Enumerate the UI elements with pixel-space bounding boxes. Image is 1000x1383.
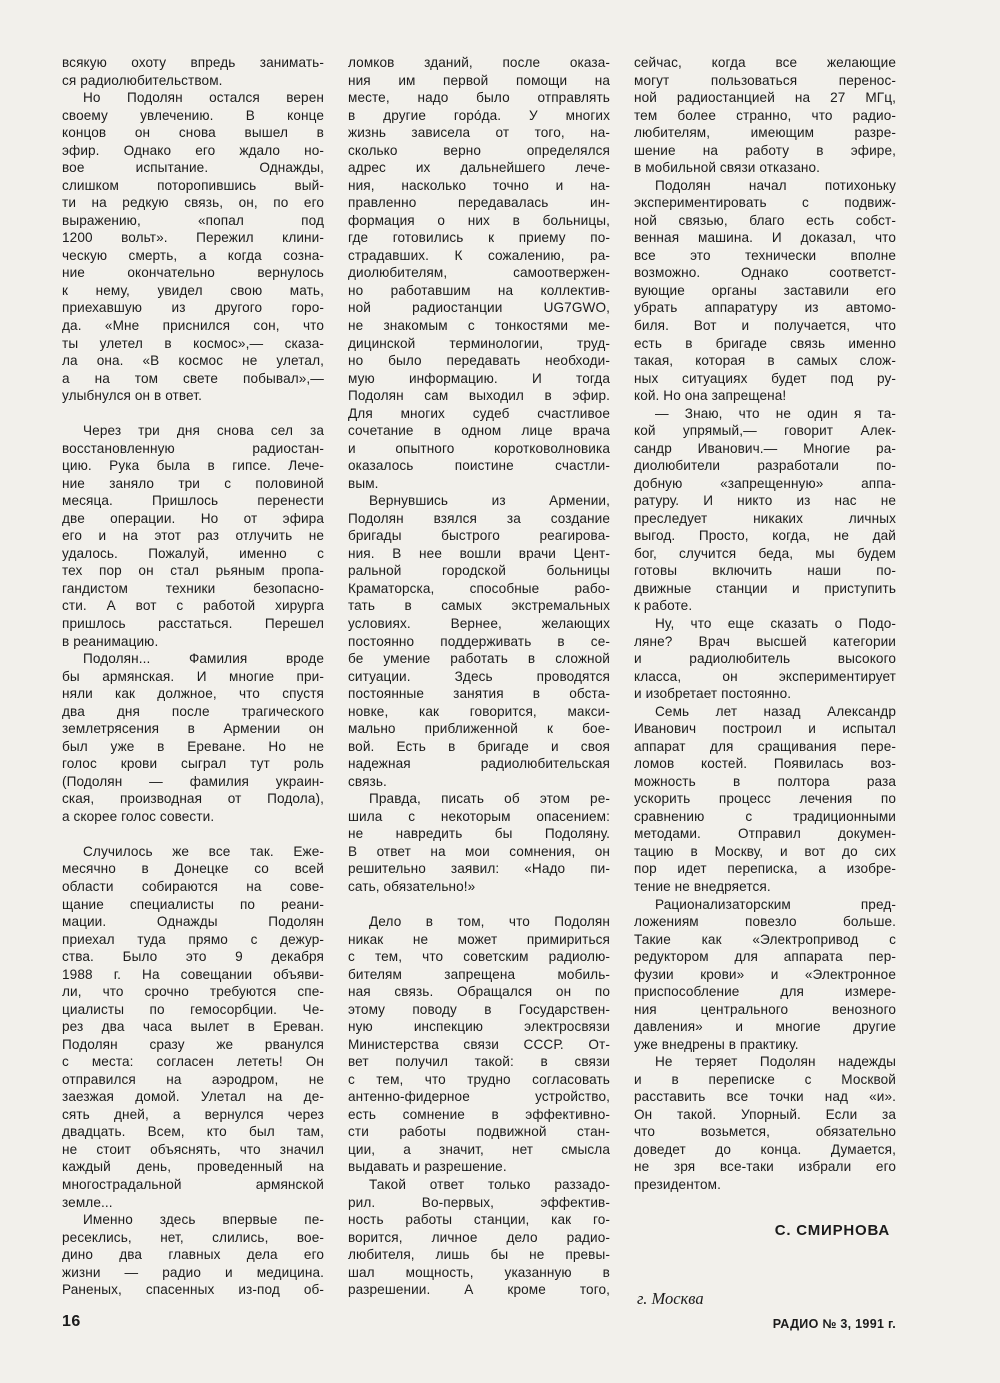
text-line: сти. А вот с работой хирурга bbox=[62, 597, 324, 615]
text-line: вой. Есть в бригаде и своя bbox=[348, 738, 610, 756]
text-line: месячно в Донецке со всей bbox=[62, 860, 324, 878]
text-column-3: сейчас, когда все желающиемогут пользова… bbox=[634, 54, 896, 1309]
text-line: но работавшим на коллектив- bbox=[348, 282, 610, 300]
text-line: ли, что срочно требуются спе- bbox=[62, 983, 324, 1001]
text-line: ты улетел в космос»,— сказа- bbox=[62, 335, 324, 353]
text-line: давления» и многие другие bbox=[634, 1018, 896, 1036]
text-line: ния им первой помощи на bbox=[348, 72, 610, 90]
text-line: рил. Во-первых, эффектив- bbox=[348, 1194, 610, 1212]
text-line: восстановленную радиостан- bbox=[62, 440, 324, 458]
text-line: что возьмется, обязательно bbox=[634, 1123, 896, 1141]
text-line: заезжая домой. Улетал на де- bbox=[62, 1088, 324, 1106]
text-line: тение не внедряется. bbox=[634, 878, 896, 896]
text-line: с тем, что трудно согласовать bbox=[348, 1071, 610, 1089]
text-line: ла она. «В космос не улетал, bbox=[62, 352, 324, 370]
text-line: любителя, лишь бы не превы- bbox=[348, 1246, 610, 1264]
text-line: щание специалисты по реани- bbox=[62, 896, 324, 914]
text-line: каждый день, проведенный на bbox=[62, 1158, 324, 1176]
text-line: ния. В нее вошли врачи Цент- bbox=[348, 545, 610, 563]
text-line: 1988 г. На совещании объяви- bbox=[62, 966, 324, 984]
text-line: эфир. Однако его ждало но- bbox=[62, 142, 324, 160]
text-line: пришлось расстаться. Перешел bbox=[62, 615, 324, 633]
text-line: голос крови сыграл тут роль bbox=[62, 755, 324, 773]
text-line: есть в бригаде связь именно bbox=[634, 335, 896, 353]
text-line: бителям запрещена мобиль- bbox=[348, 966, 610, 984]
text-line: страдавших. К сожалению, ра- bbox=[348, 247, 610, 265]
text-line: месте, надо было отправлять bbox=[348, 89, 610, 107]
article-body: всякую охоту впредь занимать-ся радиолюб… bbox=[62, 54, 896, 1309]
text-line: шение на работу в эфире, bbox=[634, 142, 896, 160]
text-line: тех пор он стал рьяным пропа- bbox=[62, 562, 324, 580]
text-line: в другие горо́да. У многих bbox=[348, 107, 610, 125]
paragraph-gap bbox=[62, 825, 324, 843]
text-line: — Знаю, что не один я та- bbox=[634, 405, 896, 423]
text-line: могут пользоваться перенос- bbox=[634, 72, 896, 90]
text-line: слишком поторопившись вый- bbox=[62, 177, 324, 195]
text-line: ворится, личное дело радио- bbox=[348, 1229, 610, 1247]
text-line: не навредить бы Подоляну. bbox=[348, 825, 610, 843]
text-line: постоянные занятия в обста- bbox=[348, 685, 610, 703]
text-line: Ну, что еще сказать о Подо- bbox=[634, 615, 896, 633]
text-line: ситуации. Здесь проводятся bbox=[348, 668, 610, 686]
text-line: и в переписке с Москвой bbox=[634, 1071, 896, 1089]
article-columns: всякую охоту впредь занимать-ся радиолюб… bbox=[62, 54, 896, 1309]
text-line: ческую смерть, а когда созна- bbox=[62, 247, 324, 265]
text-line: рез два часа вылет в Ереван. bbox=[62, 1018, 324, 1036]
text-line: Дело в том, что Подолян bbox=[348, 913, 610, 931]
text-line: дино два главных дела его bbox=[62, 1246, 324, 1264]
text-line: сейчас, когда все желающие bbox=[634, 54, 896, 72]
text-line: улыбнулся он в ответ. bbox=[62, 387, 324, 405]
text-line: а на том свете побывал»,— bbox=[62, 370, 324, 388]
text-line: постоянно поддерживать в се- bbox=[348, 633, 610, 651]
text-line: его и на этот раз отлучить не bbox=[62, 527, 324, 545]
text-line: ной радиостанции UG7GWO, bbox=[348, 299, 610, 317]
text-line: мую информацию. И тогда bbox=[348, 370, 610, 388]
text-line: тем более странно, что радио- bbox=[634, 107, 896, 125]
journal-reference: РАДИО № 3, 1991 г. bbox=[62, 1317, 896, 1331]
text-line: Семь лет назад Александр bbox=[634, 703, 896, 721]
text-line: такая, которая в самых слож- bbox=[634, 352, 896, 370]
text-line: сандр Иванович.— Многие ра- bbox=[634, 440, 896, 458]
text-line: любителям, имеющим разре- bbox=[634, 124, 896, 142]
text-line: ускорить процесс лечения по bbox=[634, 790, 896, 808]
text-line: правленно передавалась ин- bbox=[348, 194, 610, 212]
text-line: но было передавать необходи- bbox=[348, 352, 610, 370]
text-line: антенно-фидерное устройство, bbox=[348, 1088, 610, 1106]
text-line: не знакомым с тонкостями ме- bbox=[348, 317, 610, 335]
text-line: никак не может примириться bbox=[348, 931, 610, 949]
paragraph-gap bbox=[62, 405, 324, 423]
text-line: сочетание в одном лице врача bbox=[348, 422, 610, 440]
text-line: экспериментировать с подвиж- bbox=[634, 194, 896, 212]
text-line: концов он снова вышел в bbox=[62, 124, 324, 142]
text-line: цию. Рука была в гипсе. Лече- bbox=[62, 457, 324, 475]
text-line: где готовились к приему по- bbox=[348, 229, 610, 247]
text-line: сколько верно определялся bbox=[348, 142, 610, 160]
text-line: Раненых, спасенных из-под об- bbox=[62, 1281, 324, 1299]
text-line: выгод. Просто, когда, не дай bbox=[634, 527, 896, 545]
text-line: ломков зданий, после оказа- bbox=[348, 54, 610, 72]
text-line: выдавать и разрешение. bbox=[348, 1158, 610, 1176]
text-line: ние заняло три с половиной bbox=[62, 475, 324, 493]
text-line: с тем, что советским радиолю- bbox=[348, 948, 610, 966]
text-line: Рационализаторским пред- bbox=[634, 896, 896, 914]
text-line: адрес их дальнейшего лече- bbox=[348, 159, 610, 177]
text-line: в мобильной связи отказано. bbox=[634, 159, 896, 177]
text-line: движные станции и приступить bbox=[634, 580, 896, 598]
text-line: ти на редкую связь, он, по его bbox=[62, 194, 324, 212]
text-line: ная связь. Обращался он по bbox=[348, 983, 610, 1001]
text-line: 1200 вольт». Пережил клини- bbox=[62, 229, 324, 247]
text-line: преследует никаких личных bbox=[634, 510, 896, 528]
text-line: землетрясения в Армении он bbox=[62, 720, 324, 738]
text-column-1: всякую охоту впредь занимать-ся радиолюб… bbox=[62, 54, 324, 1309]
text-line: Через три дня снова сел за bbox=[62, 422, 324, 440]
text-line: надежная радиолюбительская bbox=[348, 755, 610, 773]
text-line: ных ситуациях будет под ру- bbox=[634, 370, 896, 388]
text-line: готовы включить наши по- bbox=[634, 562, 896, 580]
text-line: тать в самых экстремальных bbox=[348, 597, 610, 615]
text-line: бе умение работать в сложной bbox=[348, 650, 610, 668]
text-line: Подолян сам выходил в эфир. bbox=[348, 387, 610, 405]
text-line: возможно. Однако соответст- bbox=[634, 264, 896, 282]
text-line: Подолян... Фамилия вроде bbox=[62, 650, 324, 668]
text-line: не зря все-таки избрали его bbox=[634, 1158, 896, 1176]
text-line: бог, случится беда, мы будем bbox=[634, 545, 896, 563]
text-line: не стоит объяснять, что значил bbox=[62, 1141, 324, 1159]
text-line: жизнь зависела от того, на- bbox=[348, 124, 610, 142]
text-line: с места: согласен лететь! Он bbox=[62, 1053, 324, 1071]
city-signoff: г. Москва bbox=[634, 1289, 896, 1309]
text-line: вет получил такой: в связи bbox=[348, 1053, 610, 1071]
text-line: ние окончательно вернулось bbox=[62, 264, 324, 282]
text-line: формация о них в больницы, bbox=[348, 212, 610, 230]
text-line: приехал туда прямо с дежур- bbox=[62, 931, 324, 949]
text-line: венная машина. И доказал, что bbox=[634, 229, 896, 247]
text-line: фузии крови» и «Электронное bbox=[634, 966, 896, 984]
text-column-2: ломков зданий, после оказа-ния им первой… bbox=[348, 54, 610, 1309]
text-line: удалось. Пожалуй, именно с bbox=[62, 545, 324, 563]
text-line: бы армянская. И многие при- bbox=[62, 668, 324, 686]
text-line: ность работы станции, как го- bbox=[348, 1211, 610, 1229]
text-line: Вернувшись из Армении, bbox=[348, 492, 610, 510]
text-line: кой упрямый,— говорит Алек- bbox=[634, 422, 896, 440]
text-line: к нему, увидел свою мать, bbox=[62, 282, 324, 300]
text-line: Для многих судеб счастливое bbox=[348, 405, 610, 423]
text-line: Подолян начал потихоньку bbox=[634, 177, 896, 195]
text-line: тацию в Москву, и вот до сих bbox=[634, 843, 896, 861]
text-line: ства. Было это 9 декабря bbox=[62, 948, 324, 966]
text-line: сять дней, а вернулся через bbox=[62, 1106, 324, 1124]
text-line: мации. Однажды Подолян bbox=[62, 913, 324, 931]
text-line: ную инспекцию электросвязи bbox=[348, 1018, 610, 1036]
text-line: своему увлечению. В конце bbox=[62, 107, 324, 125]
text-line: а скорее голос совести. bbox=[62, 808, 324, 826]
text-line: Иванович построил и испытал bbox=[634, 720, 896, 738]
text-line: Не теряет Подолян надежды bbox=[634, 1053, 896, 1071]
text-line: методами. Отправил докумен- bbox=[634, 825, 896, 843]
text-line: ции, а значит, нет смысла bbox=[348, 1141, 610, 1159]
text-line: ложениям повезло больше. bbox=[634, 913, 896, 931]
text-line: Он такой. Упорный. Если за bbox=[634, 1106, 896, 1124]
text-line: бригады быстрого реагирова- bbox=[348, 527, 610, 545]
text-line: отправился на аэродром, не bbox=[62, 1071, 324, 1089]
text-line: кой. Но она запрещена! bbox=[634, 387, 896, 405]
text-line: Но Подолян остался верен bbox=[62, 89, 324, 107]
text-line: приехавшую из другого горо- bbox=[62, 299, 324, 317]
text-line: да. «Мне приснился сон, что bbox=[62, 317, 324, 335]
text-line: шал мощность, указанную в bbox=[348, 1264, 610, 1282]
text-line: новке, как говорится, макси- bbox=[348, 703, 610, 721]
text-line: двадцать. Всем, кто был там, bbox=[62, 1123, 324, 1141]
text-line: решительно заявил: «Надо пи- bbox=[348, 860, 610, 878]
text-line: няли как должное, что спустя bbox=[62, 685, 324, 703]
text-line: ская, производная от Подола), bbox=[62, 790, 324, 808]
text-line: циалисты по гемосорбции. Че- bbox=[62, 1001, 324, 1019]
text-line: пор идет переписка, а изобре- bbox=[634, 860, 896, 878]
text-line: в реанимацию. bbox=[62, 633, 324, 651]
text-line: Подолян сразу же рванулся bbox=[62, 1036, 324, 1054]
text-line: добную «запрещенную» аппа- bbox=[634, 475, 896, 493]
text-line: месяца. Пришлось перенести bbox=[62, 492, 324, 510]
text-line: Такой ответ только раззадо- bbox=[348, 1176, 610, 1194]
text-line: вым. bbox=[348, 475, 610, 493]
text-line: этому поводу в Государствен- bbox=[348, 1001, 610, 1019]
text-line: шила с некоторым опасением: bbox=[348, 808, 610, 826]
author-byline: С. СМИРНОВА bbox=[634, 1222, 896, 1239]
text-line: был уже в Ереване. Но не bbox=[62, 738, 324, 756]
text-line: ся радиолюбительством. bbox=[62, 72, 324, 90]
text-line: и радиолюбитель высокого bbox=[634, 650, 896, 668]
text-line: класса, он экспериментирует bbox=[634, 668, 896, 686]
text-line: и опытного коротковолновика bbox=[348, 440, 610, 458]
text-line: расставить все точки над «и». bbox=[634, 1088, 896, 1106]
text-line: области собираются на сове- bbox=[62, 878, 324, 896]
text-line: ратуру. И никто из нас не bbox=[634, 492, 896, 510]
text-line: выражению, «попал под bbox=[62, 212, 324, 230]
text-line: и изобретает постоянно. bbox=[634, 685, 896, 703]
text-line: жизни — радио и медицина. bbox=[62, 1264, 324, 1282]
text-line: оказалось поистине счастли- bbox=[348, 457, 610, 475]
text-line: есть сомнение в эффективно- bbox=[348, 1106, 610, 1124]
text-line: сти работы подвижной стан- bbox=[348, 1123, 610, 1141]
text-line: (Подолян — фамилия украин- bbox=[62, 773, 324, 791]
text-line: Именно здесь впервые пе- bbox=[62, 1211, 324, 1229]
text-line: уже внедрены в практику. bbox=[634, 1036, 896, 1054]
text-line: Министерства связи СССР. От- bbox=[348, 1036, 610, 1054]
paragraph-gap bbox=[348, 896, 610, 914]
text-line: доведет до конца. Думается, bbox=[634, 1141, 896, 1159]
text-line: сать, обязательно!» bbox=[348, 878, 610, 896]
text-line: аппарат для сращивания пере- bbox=[634, 738, 896, 756]
text-line: два дня после трагического bbox=[62, 703, 324, 721]
text-line: условиях. Вернее, желающих bbox=[348, 615, 610, 633]
text-line: ной связью, благо есть собст- bbox=[634, 212, 896, 230]
text-line: многострадальной армянской bbox=[62, 1176, 324, 1194]
text-line: гандистом техники безопасно- bbox=[62, 580, 324, 598]
text-line: ральной городской больницы bbox=[348, 562, 610, 580]
text-line: ломов костей. Появилась воз- bbox=[634, 755, 896, 773]
text-line: ной радиостанцией на 27 МГц, bbox=[634, 89, 896, 107]
text-line: две операции. Но от эфира bbox=[62, 510, 324, 528]
text-line: Подолян взялся за создание bbox=[348, 510, 610, 528]
text-line: связь. bbox=[348, 773, 610, 791]
text-line: биля. Вот и получается, что bbox=[634, 317, 896, 335]
text-line: диолюбителям, самоотвержен- bbox=[348, 264, 610, 282]
text-line: разрешении. А кроме того, bbox=[348, 1281, 610, 1299]
text-line: Случилось же все так. Еже- bbox=[62, 843, 324, 861]
text-line: В ответ на мои сомнения, он bbox=[348, 843, 610, 861]
text-line: земле... bbox=[62, 1194, 324, 1212]
text-line: убрать аппаратуру из автомо- bbox=[634, 299, 896, 317]
text-line: сравнению с традиционными bbox=[634, 808, 896, 826]
text-line: мально приближенной к бое- bbox=[348, 720, 610, 738]
text-line: редуктором для аппарата пер- bbox=[634, 948, 896, 966]
text-line: ния центрального венозного bbox=[634, 1001, 896, 1019]
text-line: вое испытание. Однажды, bbox=[62, 159, 324, 177]
text-line: Краматорска, способные рабо- bbox=[348, 580, 610, 598]
magazine-page: { "page": { "background_color": "#f2f0eb… bbox=[0, 0, 1000, 1383]
text-line: Правда, писать об этом ре- bbox=[348, 790, 610, 808]
text-line: дицинской терминологии, труд- bbox=[348, 335, 610, 353]
text-line: можность в полтора раза bbox=[634, 773, 896, 791]
text-line: Такие как «Электропривод с bbox=[634, 931, 896, 949]
text-line: всякую охоту впредь занимать- bbox=[62, 54, 324, 72]
text-line: ляне? Врач высшей категории bbox=[634, 633, 896, 651]
text-line: ния, насколько точно и на- bbox=[348, 177, 610, 195]
text-line: ресеклись, нет, слились, вое- bbox=[62, 1229, 324, 1247]
text-line: диолюбители разработали по- bbox=[634, 457, 896, 475]
text-line: приспособление для измере- bbox=[634, 983, 896, 1001]
text-line: президентом. bbox=[634, 1176, 896, 1194]
text-line: все это технически вполне bbox=[634, 247, 896, 265]
text-line: к работе. bbox=[634, 597, 896, 615]
text-line: вующие органы заставили его bbox=[634, 282, 896, 300]
